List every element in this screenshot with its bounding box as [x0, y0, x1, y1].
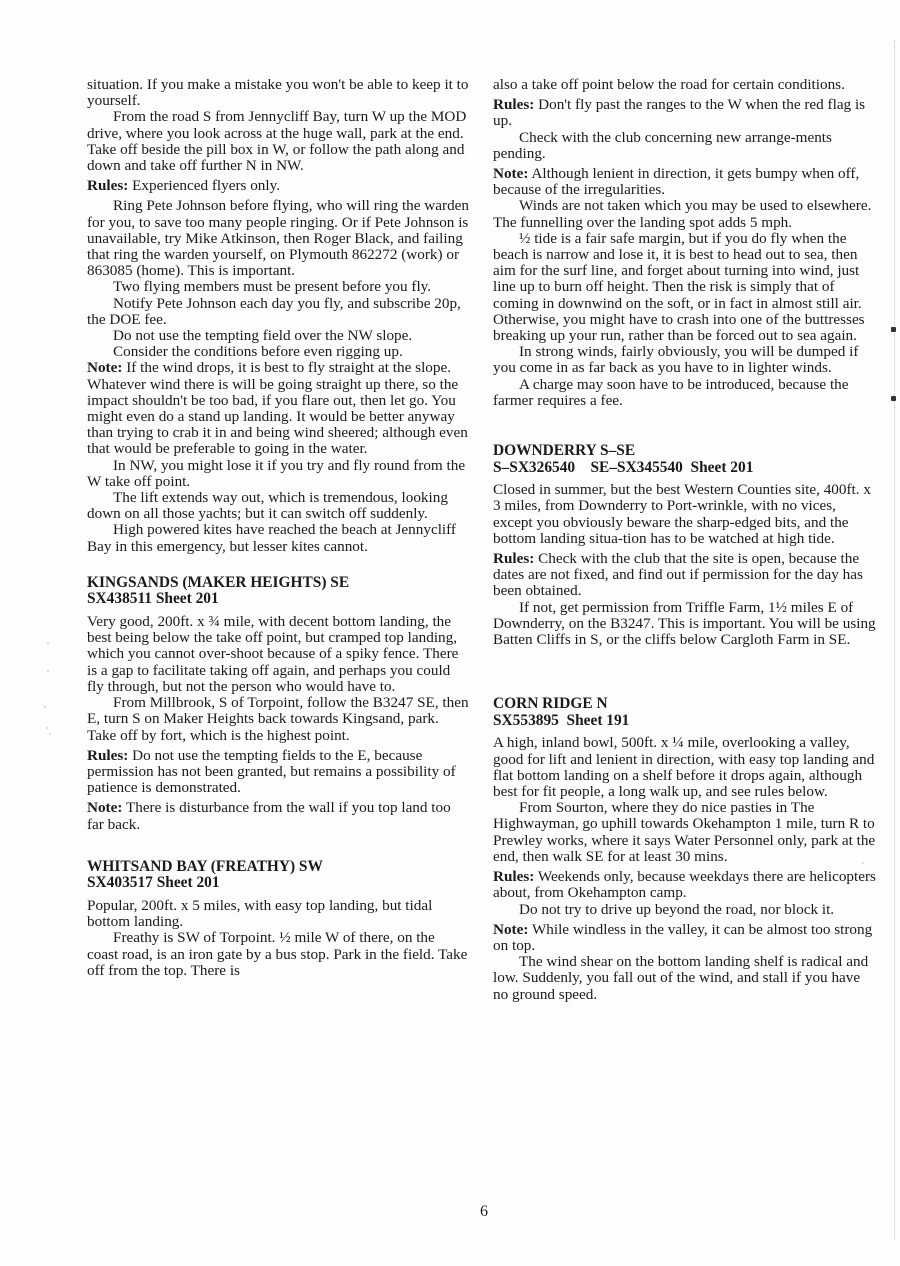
- note-text: While windless in the valley, it can be …: [493, 921, 872, 954]
- section-title: WHITSAND BAY (FREATHY) SW: [87, 859, 469, 876]
- scan-speck: [44, 706, 46, 708]
- rules-paragraph: Rules: Weekends only, because weekdays t…: [493, 869, 879, 901]
- right-column: also a take off point below the road for…: [493, 77, 879, 1003]
- paragraph: Check with the club concerning new arran…: [493, 130, 879, 162]
- document-page: situation. If you make a mistake you won…: [0, 0, 900, 1266]
- scan-speck: [46, 727, 48, 729]
- paragraph: Consider the conditions before even rigg…: [87, 344, 469, 360]
- paragraph: A charge may soon have to be introduced,…: [493, 377, 879, 409]
- rules-text: Experienced flyers only.: [128, 177, 280, 194]
- left-column: situation. If you make a mistake you won…: [87, 77, 469, 979]
- paragraph: If not, get permission from Triffle Farm…: [493, 600, 879, 649]
- paragraph: also a take off point below the road for…: [493, 77, 879, 93]
- paragraph: A high, inland bowl, 500ft. x ¼ mile, ov…: [493, 735, 879, 800]
- paragraph: Notify Pete Johnson each day you fly, an…: [87, 296, 469, 328]
- rules-label: Rules:: [87, 747, 128, 764]
- paragraph: Two flying members must be present befor…: [87, 279, 469, 295]
- paragraph: From Millbrook, S of Torpoint, follow th…: [87, 695, 469, 744]
- note-label: Note:: [493, 165, 528, 182]
- rules-paragraph: Rules: Check with the club that the site…: [493, 551, 879, 600]
- paragraph: Popular, 200ft. x 5 miles, with easy top…: [87, 898, 469, 930]
- edge-mark: [891, 396, 896, 401]
- note-paragraph: Note: If the wind drops, it is best to f…: [87, 360, 469, 457]
- section-whitsand-continued: also a take off point below the road for…: [493, 77, 879, 409]
- paragraph: Do not try to drive up beyond the road, …: [493, 902, 879, 918]
- note-paragraph: Note: Although lenient in direction, it …: [493, 166, 879, 198]
- rules-label: Rules:: [493, 96, 534, 113]
- note-text: Although lenient in direction, it gets b…: [493, 165, 859, 198]
- scan-speck: [868, 880, 870, 882]
- paragraph: situation. If you make a mistake you won…: [87, 77, 469, 109]
- scan-speck: [47, 670, 49, 672]
- rules-label: Rules:: [87, 177, 128, 194]
- grid-reference: SX403517 Sheet 201: [87, 875, 469, 892]
- scan-speck: [47, 642, 49, 644]
- paragraph: Freathy is SW of Torpoint. ½ mile W of t…: [87, 930, 469, 979]
- scan-speck: [862, 862, 864, 864]
- edge-mark: [891, 327, 896, 332]
- paragraph: Winds are not taken which you may be use…: [493, 198, 879, 230]
- paragraph: Ring Pete Johnson before flying, who wil…: [87, 198, 469, 279]
- note-label: Note:: [87, 359, 122, 376]
- paragraph: In NW, you might lose it if you try and …: [87, 458, 469, 490]
- rules-paragraph: Rules: Do not use the tempting fields to…: [87, 748, 469, 797]
- note-text: There is disturbance from the wall if yo…: [87, 799, 451, 832]
- paragraph: Do not use the tempting field over the N…: [87, 328, 469, 344]
- note-label: Note:: [87, 799, 122, 816]
- section-title: CORN RIDGE N: [493, 696, 879, 713]
- paragraph: ½ tide is a fair safe margin, but if you…: [493, 231, 879, 344]
- paragraph: The lift extends way out, which is treme…: [87, 490, 469, 522]
- rules-text: Weekends only, because weekdays there ar…: [493, 868, 876, 901]
- note-text: If the wind drops, it is best to fly str…: [87, 359, 468, 457]
- grid-reference: SX438511 Sheet 201: [87, 591, 469, 608]
- grid-reference: S–SX326540 SE–SX345540 Sheet 201: [493, 460, 879, 477]
- note-paragraph: Note: While windless in the valley, it c…: [493, 922, 879, 954]
- section-corn-ridge: CORN RIDGE N SX553895 Sheet 191 A high, …: [493, 696, 879, 1002]
- scan-speck: [49, 733, 51, 735]
- paragraph: From the road S from Jennycliff Bay, tur…: [87, 109, 469, 174]
- section-downderry: DOWNDERRY S–SE S–SX326540 SE–SX345540 Sh…: [493, 443, 879, 648]
- note-paragraph: Note: There is disturbance from the wall…: [87, 800, 469, 832]
- rules-text: Do not use the tempting fields to the E,…: [87, 747, 456, 796]
- page-number: 6: [480, 1203, 488, 1221]
- rules-label: Rules:: [493, 550, 534, 567]
- rules-paragraph: Rules: Don't fly past the ranges to the …: [493, 97, 879, 129]
- paragraph: High powered kites have reached the beac…: [87, 522, 469, 554]
- paragraph: From Sourton, where they do nice pasties…: [493, 800, 879, 865]
- section-whitsand-bay: WHITSAND BAY (FREATHY) SW SX403517 Sheet…: [87, 859, 469, 979]
- rules-text: Check with the club that the site is ope…: [493, 550, 863, 599]
- page-edge-line: [894, 40, 896, 1240]
- section-intro-continued: situation. If you make a mistake you won…: [87, 77, 469, 555]
- paragraph: Closed in summer, but the best Western C…: [493, 482, 879, 547]
- section-kingsands: KINGSANDS (MAKER HEIGHTS) SE SX438511 Sh…: [87, 575, 469, 833]
- note-label: Note:: [493, 921, 528, 938]
- rules-text: Don't fly past the ranges to the W when …: [493, 96, 865, 129]
- grid-reference: SX553895 Sheet 191: [493, 713, 879, 730]
- section-title: KINGSANDS (MAKER HEIGHTS) SE: [87, 575, 469, 592]
- paragraph: The wind shear on the bottom landing she…: [493, 954, 879, 1003]
- rules-paragraph: Rules: Experienced flyers only.: [87, 178, 469, 194]
- section-title: DOWNDERRY S–SE: [493, 443, 879, 460]
- paragraph: In strong winds, fairly obviously, you w…: [493, 344, 879, 376]
- paragraph: Very good, 200ft. x ¾ mile, with decent …: [87, 614, 469, 695]
- rules-label: Rules:: [493, 868, 534, 885]
